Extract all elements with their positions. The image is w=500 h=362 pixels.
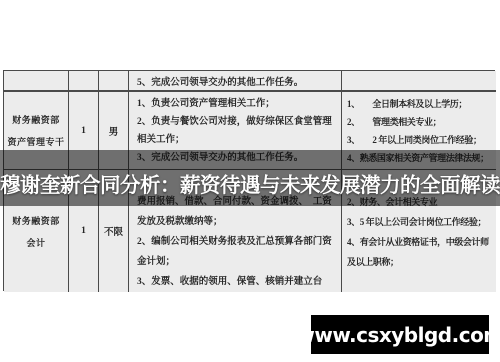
gender-value: 男	[109, 124, 119, 138]
duty-item: 2、编制公司相关财务报表及汇总预算各部门资金计划；	[137, 232, 336, 272]
requirement-item: 2、 管理类相关专业；	[347, 113, 494, 131]
position-name: 资产管理专干	[7, 135, 64, 148]
duty-item: 2、负责与餐饮公司对接，做好综保区食堂管理相关工作；	[137, 113, 336, 149]
requirement-item: 3、 2 年以上同类岗位工作经验；	[347, 131, 494, 149]
cell-duty-tail: 5、完成公司领导交办的其他工作任务。	[129, 71, 342, 92]
cell-empty-count	[69, 71, 99, 92]
headline-title: 穆谢奎新合同分析：薪资待遇与未来发展潜力的全面解读	[0, 170, 500, 200]
cell-empty-requirements	[342, 71, 496, 92]
duty-item: 3、发票、收据的领用、保管、核销并建立台帐；	[137, 272, 336, 292]
requirement-item: 1、 全日制本科及以上学历；	[347, 95, 494, 113]
dept-name: 财务融资部	[12, 214, 60, 227]
requirement-item: 4、有会计从业资格证书，中级会计师及以上职称；	[347, 232, 494, 272]
cell-empty-gender	[99, 71, 129, 92]
duty-tail-text: 5、完成公司领导交办的其他工作任务。	[137, 74, 303, 88]
dept-name: 财务融资部	[12, 113, 60, 126]
count-value: 1	[81, 226, 86, 236]
position-name: 会计	[26, 236, 45, 249]
duty-item: 1、负责公司资产管理相关工作；	[137, 95, 336, 113]
site-watermark: www.csxyblgd.com	[311, 315, 489, 354]
gender-value: 不限	[104, 224, 123, 238]
site-watermark-text: www.csxyblgd.com	[296, 323, 500, 347]
headline-banner: 穆谢奎新合同分析：薪资待遇与未来发展潜力的全面解读	[0, 150, 500, 206]
requirement-item: 3、5 年以上公司会计岗位工作经验；	[347, 212, 494, 232]
cell-empty-dept	[4, 71, 69, 92]
count-value: 1	[81, 126, 86, 136]
